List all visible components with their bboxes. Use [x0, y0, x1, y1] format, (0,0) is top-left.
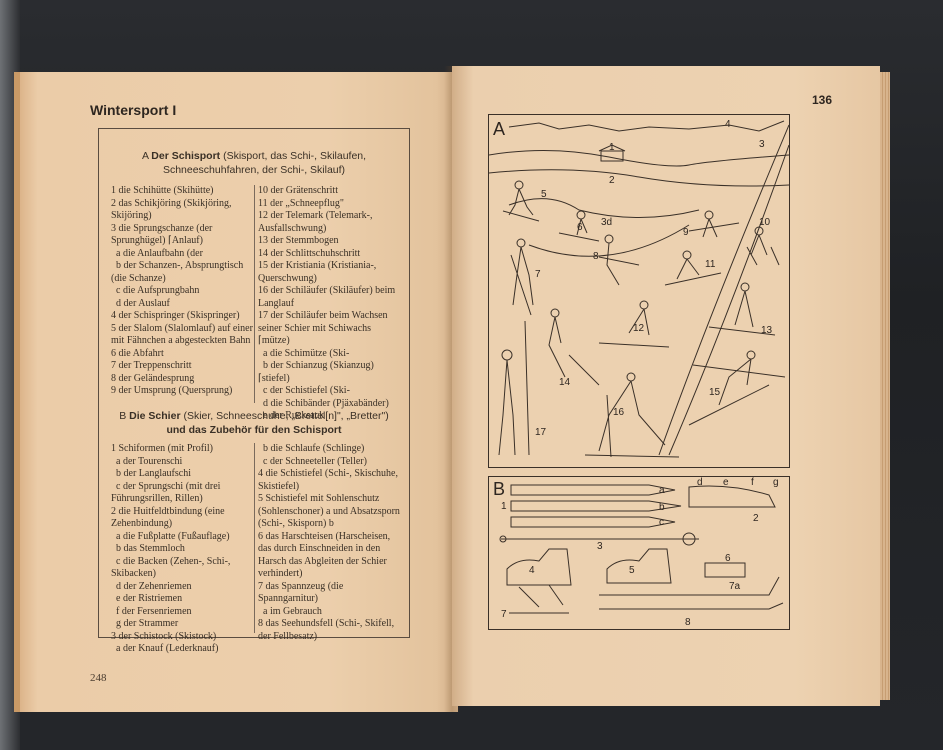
entry: b der Langlaufschi	[111, 468, 254, 481]
figure-a-labels: 1 2 3 4 5 6 7 8 9 10 11 12 13 14 15 16 1…	[489, 115, 789, 467]
entry: 4 der Schispringer (Skispringer)	[111, 310, 254, 323]
entry: 14 der Schlittschuhschritt	[258, 248, 401, 261]
entry: a die Fußplatte (Fußauflage)	[111, 531, 254, 544]
entry: 16 der Schiläufer (Skiläufer) beim Langl…	[258, 285, 401, 310]
entry: 8 der Geländesprung	[111, 373, 254, 386]
section-a-col-1: 1 die Schihütte (Skihütte) 2 das Schikjö…	[111, 185, 254, 403]
entry: f der Fersenriemen	[111, 606, 254, 619]
open-book: Wintersport I A Der Schisport (Skisport,…	[14, 66, 884, 714]
illustration-a-skiing-scenes: A	[488, 114, 790, 468]
svg-text:11: 11	[705, 259, 716, 270]
entry: b die Schlaufe (Schlinge)	[258, 443, 401, 456]
page-edges	[880, 72, 890, 700]
svg-text:7a: 7a	[729, 581, 741, 592]
svg-text:d: d	[697, 477, 703, 488]
illustration-b-ski-equipment: B 1 a b c 2 d e f g	[488, 476, 790, 630]
svg-text:8: 8	[593, 251, 599, 262]
svg-text:4: 4	[725, 119, 731, 130]
page-number-left: 248	[90, 672, 107, 684]
entry: 5 der Slalom (Slalomlauf) auf einer mit …	[111, 323, 254, 348]
svg-text:15: 15	[709, 387, 721, 398]
section-a-col-2: 10 der Grätenschritt 11 der „Schneepflug…	[254, 185, 401, 403]
entry: a der Knauf (Lederknauf)	[111, 643, 254, 656]
section-b-letter: B	[119, 410, 126, 422]
svg-text:13: 13	[761, 325, 773, 336]
entry: b das Stemmloch	[111, 543, 254, 556]
svg-text:9: 9	[683, 227, 689, 238]
svg-text:f: f	[751, 477, 754, 488]
entry: 10 der Grätenschritt	[258, 185, 401, 198]
entry: a im Gebrauch	[258, 606, 401, 619]
entry: a die Anlaufbahn (der	[111, 248, 254, 261]
section-b-subtitle-1: (Skier, Schneeschuhe, „Brettel[n]", „Bre…	[183, 410, 388, 422]
svg-text:5: 5	[629, 565, 635, 576]
section-b-col-1: 1 Schiformen (mit Profil) a der Tourensc…	[111, 443, 254, 633]
svg-text:a: a	[659, 485, 665, 496]
entry: 12 der Telemark (Telemark-, Ausfallschwu…	[258, 210, 401, 235]
entry: 6 die Abfahrt	[111, 348, 254, 361]
entry: 7 das Spannzeug (die Spanngarnitur)	[258, 581, 401, 606]
svg-text:2: 2	[609, 175, 615, 186]
svg-text:b: b	[659, 502, 665, 513]
svg-text:6: 6	[577, 222, 583, 233]
entry: 1 die Schihütte (Skihütte)	[111, 185, 254, 198]
svg-text:14: 14	[559, 377, 571, 388]
svg-text:2: 2	[753, 513, 759, 524]
entry: 3 die Sprungschanze (der Sprunghügel) ⌈A…	[111, 223, 254, 248]
entry: 7 der Treppenschritt	[111, 360, 254, 373]
entry: e der Ristriemen	[111, 593, 254, 606]
entry: 6 das Harschteisen (Harscheisen, das dur…	[258, 531, 401, 581]
svg-text:8: 8	[685, 617, 691, 628]
entry: 2 die Huitfeldtbindung (eine Zehenbindun…	[111, 506, 254, 531]
entry: a die Schimütze (Ski-	[258, 348, 401, 361]
entry: b der Schianzug (Skianzug) ⌈stiefel)	[258, 360, 401, 385]
entry: 11 der „Schneepflug"	[258, 198, 401, 211]
section-b-col-2: b die Schlaufe (Schlinge) c der Schneete…	[254, 443, 401, 633]
glossary-box: A Der Schisport (Skisport, das Schi-, Sk…	[98, 128, 410, 638]
entry: c der Schneeteller (Teller)	[258, 456, 401, 469]
figure-b-labels: 1 a b c 2 d e f g 3 4 5 6 7 7a 8	[489, 477, 789, 629]
running-head: Wintersport I	[90, 102, 176, 118]
entry: d der Auslauf	[111, 298, 254, 311]
page-number-right: 136	[812, 93, 832, 107]
entry: 8 das Seehundsfell (Schi-, Skifell, der …	[258, 618, 401, 643]
svg-text:12: 12	[633, 323, 645, 334]
section-a-subtitle-1: (Skisport, das Schi-, Skilaufen,	[223, 150, 366, 162]
entry: 5 Schistiefel mit Sohlenschutz (Sohlensc…	[258, 493, 401, 531]
entry: 13 der Stemmbogen	[258, 235, 401, 248]
entry: 4 die Schistiefel (Schi-, Skischuhe, Ski…	[258, 468, 401, 493]
entry: c der Sprungschi (mit drei Führungsrille…	[111, 481, 254, 506]
svg-text:c: c	[659, 517, 664, 528]
entry: b der Schanzen-, Absprungtisch (die Scha…	[111, 260, 254, 285]
entry: 15 der Kristiania (Kristiania-, Querschw…	[258, 260, 401, 285]
right-page: 136 A	[452, 66, 880, 706]
svg-text:3: 3	[597, 541, 603, 552]
section-b-columns: 1 Schiformen (mit Profil) a der Tourensc…	[111, 443, 401, 633]
svg-text:g: g	[773, 477, 779, 488]
section-b-heading: B Die Schier (Skier, Schneeschuhe, „Bret…	[99, 409, 409, 437]
entry: 17 der Schiläufer beim Wachsen seiner Sc…	[258, 310, 401, 348]
svg-text:7: 7	[501, 609, 507, 620]
section-a-title: Der Schisport	[151, 150, 220, 162]
svg-text:17: 17	[535, 427, 547, 438]
entry: 3 der Schistock (Skistock)	[111, 631, 254, 644]
svg-text:4: 4	[529, 565, 535, 576]
entry: 1 Schiformen (mit Profil)	[111, 443, 254, 456]
svg-text:5: 5	[541, 189, 547, 200]
section-b-subtitle-2: und das Zubehör für den Schisport	[166, 424, 341, 436]
svg-text:1: 1	[501, 501, 507, 512]
section-b-title: Die Schier	[129, 410, 180, 422]
svg-text:6: 6	[725, 553, 731, 564]
section-a-subtitle-2: Schneeschuhfahren, der Schi-, Skilauf)	[99, 163, 409, 177]
svg-text:7: 7	[535, 269, 541, 280]
section-a-letter: A	[142, 150, 148, 162]
entry: 2 das Schikjöring (Skikjöring, Skijöring…	[111, 198, 254, 223]
entry: a der Tourenschi	[111, 456, 254, 469]
section-a-heading: A Der Schisport (Skisport, das Schi-, Sk…	[99, 149, 409, 177]
svg-text:3: 3	[759, 139, 765, 150]
svg-text:16: 16	[613, 407, 625, 418]
entry: 9 der Umsprung (Quersprung)	[111, 385, 254, 398]
entry: d der Zehenriemen	[111, 581, 254, 594]
entry: c die Backen (Zehen-, Schi-, Skibacken)	[111, 556, 254, 581]
svg-text:e: e	[723, 477, 729, 488]
entry: g der Strammer	[111, 618, 254, 631]
entry: c die Aufsprungbahn	[111, 285, 254, 298]
section-a-columns: 1 die Schihütte (Skihütte) 2 das Schikjö…	[111, 185, 401, 403]
svg-text:1: 1	[609, 142, 615, 153]
left-page: Wintersport I A Der Schisport (Skisport,…	[14, 72, 458, 712]
svg-text:10: 10	[759, 217, 771, 228]
entry: c der Schistiefel (Ski-	[258, 385, 401, 398]
svg-text:3d: 3d	[601, 217, 612, 228]
